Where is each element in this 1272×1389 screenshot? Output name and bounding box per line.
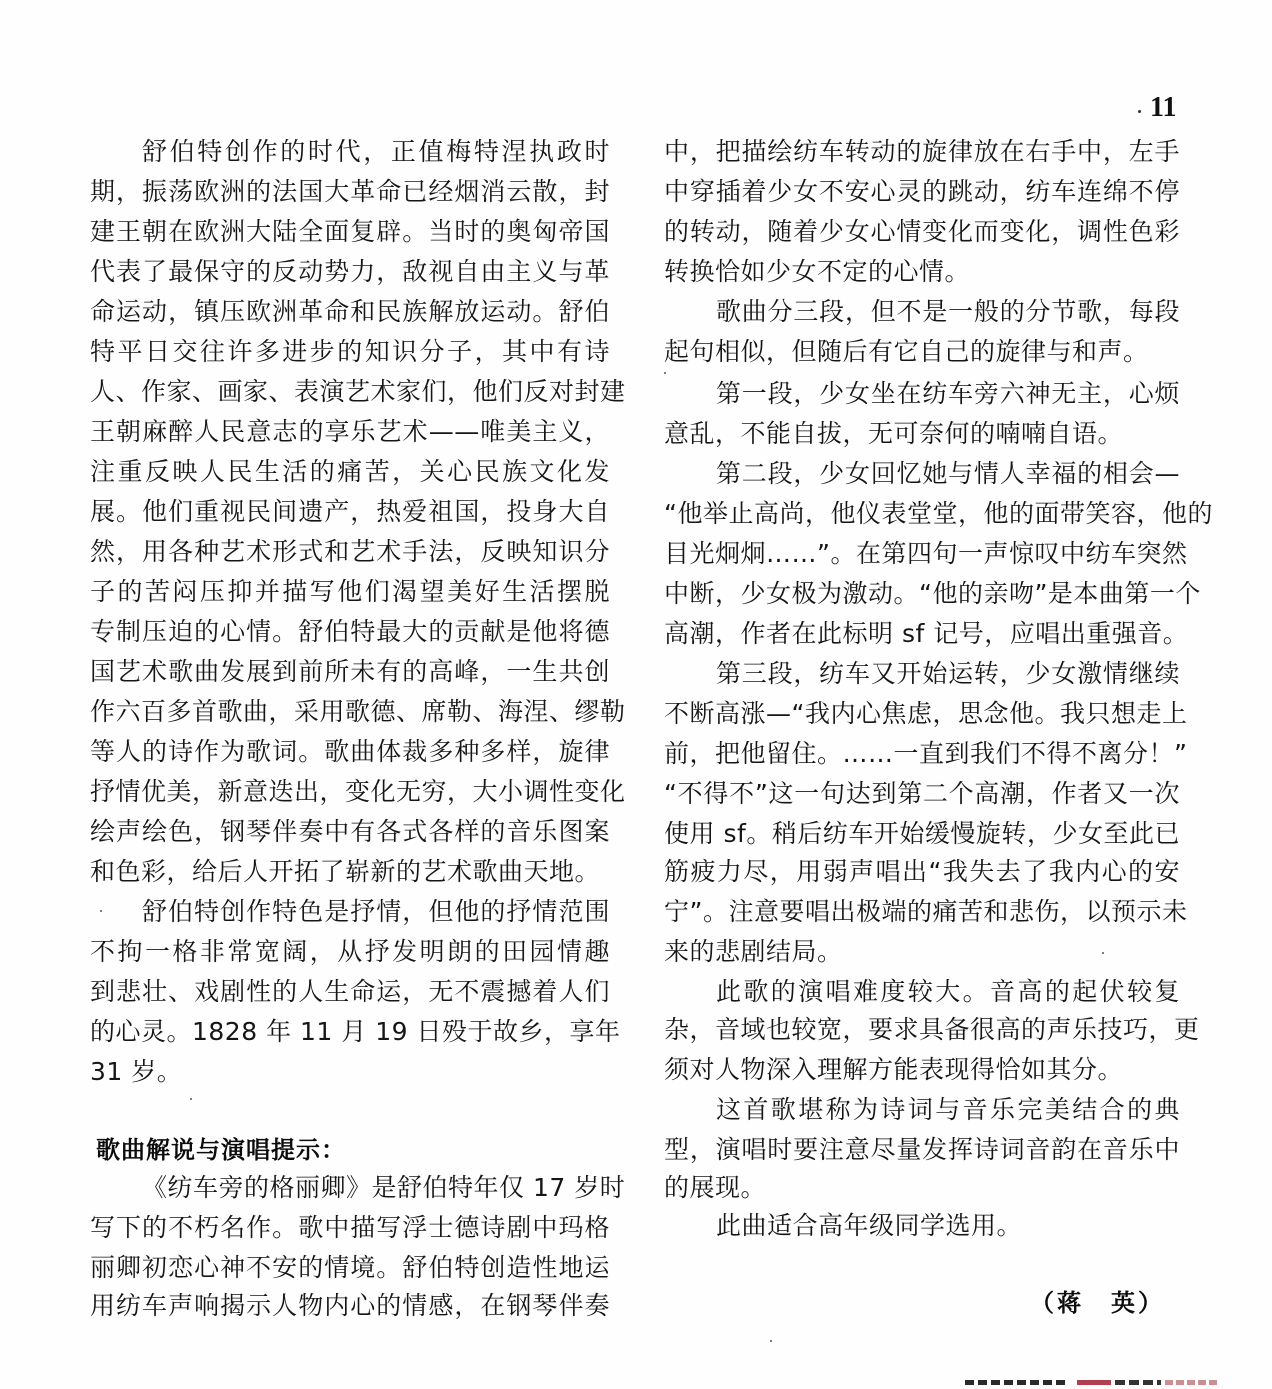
scan-speck <box>190 1098 192 1100</box>
text-line: 这首歌堪称为诗词与音乐完美结合的典 <box>716 1090 1180 1130</box>
scan-speck <box>100 910 102 912</box>
text-line: 等人的诗作为歌词。歌曲体裁多种多样，旋律 <box>90 732 610 772</box>
document-page: 11 舒伯特创作的时代，正值梅特涅执政时 期，振荡欧洲的法国大革命已经烟消云散，… <box>0 0 1272 1389</box>
text-line: 杂，音域也较宽，要求具备很高的声乐技巧，更 <box>664 1010 1180 1050</box>
text-line: 第二段，少女回忆她与情人幸福的相会— <box>716 454 1180 494</box>
text-line: 特平日交往许多进步的知识分子，其中有诗 <box>90 332 610 372</box>
text-line: 前，把他留住。……一直到我们不得不离分！” <box>664 734 1180 774</box>
page-number-dot <box>1138 110 1141 113</box>
text-line: 舒伯特创作的时代，正值梅特涅执政时 <box>142 132 610 172</box>
text-line: 《纺车旁的格丽卿》是舒伯特年仅 17 岁时 <box>142 1168 610 1208</box>
text-line: 专制压迫的心情。舒伯特最大的贡献是他将德 <box>90 612 610 652</box>
watermark-pink-segment <box>1165 1380 1217 1385</box>
text-line: 代表了最保守的反动势力，敌视自由主义与革 <box>90 252 610 292</box>
text-line: 注重反映人民生活的痛苦，关心民族文化发 <box>90 452 610 492</box>
text-line: 展。他们重视民间遗产，热爱祖国，投身大自 <box>90 492 610 532</box>
text-line: 不断高涨—“我内心焦虑，思念他。我只想走上 <box>664 694 1180 734</box>
text-line: 王朝麻醉人民意志的享乐艺术——唯美主义， <box>90 412 610 452</box>
text-line: 用纺车声响揭示人物内心的情感，在钢琴伴奏 <box>90 1286 610 1326</box>
text-line: 绘声绘色，钢琴伴奏中有各式各样的音乐图案 <box>90 812 610 852</box>
text-line: 此曲适合高年级同学选用。 <box>716 1206 1180 1246</box>
text-line: 中，把描绘纺车转动的旋律放在右手中，左手 <box>664 132 1180 172</box>
text-line: 国艺术歌曲发展到前所未有的高峰，一生共创 <box>90 652 610 692</box>
text-line: “他举止高尚，他仪表堂堂，他的面带笑容，他的 <box>664 494 1180 534</box>
text-line: 目光炯炯……”。在第四句一声惊叹中纺车突然 <box>664 534 1180 574</box>
text-line: 意乱，不能自拔，无可奈何的喃喃自语。 <box>664 414 1180 454</box>
text-line: 抒情优美，新意迭出，变化无穷，大小调性变化 <box>90 772 610 812</box>
page-number: 11 <box>1150 90 1176 126</box>
text-line: 的转动，随着少女心情变化而变化，调性色彩 <box>664 212 1180 252</box>
scan-speck <box>770 1340 772 1342</box>
text-line: 子的苦闷压抑并描写他们渴望美好生活摆脱 <box>90 572 610 612</box>
text-line: 起句相似，但随后有它自己的旋律与和声。 <box>664 332 1180 372</box>
text-line: 到悲壮、戏剧性的人生命运，无不震撼着人们 <box>90 972 610 1012</box>
text-line: 中断，少女极为激动。“他的亲吻”是本曲第一个 <box>664 574 1180 614</box>
text-line: 期，振荡欧洲的法国大革命已经烟消云散，封 <box>90 172 610 212</box>
text-line: 31 岁。 <box>90 1052 610 1092</box>
watermark-strip <box>965 1376 1265 1389</box>
text-line: 高潮，作者在此标明 sf 记号，应唱出重强音。 <box>664 614 1180 654</box>
text-line: 建王朝在欧洲大陆全面复辟。当时的奥匈帝国 <box>90 212 610 252</box>
text-line: 使用 sf。稍后纺车开始缓慢旋转，少女至此已 <box>664 814 1180 854</box>
text-line: 转换恰如少女不定的心情。 <box>664 252 1180 292</box>
text-line: 丽卿初恋心神不安的情境。舒伯特创造性地运 <box>90 1248 610 1288</box>
text-line: 作六百多首歌曲，采用歌德、席勒、海涅、缪勒 <box>90 692 610 732</box>
text-line: 须对人物深入理解方能表现得恰如其分。 <box>664 1050 1180 1090</box>
text-line: 宁”。注意要唱出极端的痛苦和悲伤，以预示未 <box>664 892 1180 932</box>
text-line: 歌曲分三段，但不是一般的分节歌，每段 <box>716 292 1180 332</box>
text-line: “不得不”这一句达到第二个高潮，作者又一次 <box>664 774 1180 814</box>
text-line: 然，用各种艺术形式和艺术手法，反映知识分 <box>90 532 610 572</box>
text-line: 中穿插着少女不安心灵的跳动，纺车连绵不停 <box>664 172 1180 212</box>
text-line: 的心灵。1828 年 11 月 19 日殁于故乡，享年 <box>90 1012 610 1052</box>
text-line: 舒伯特创作特色是抒情，但他的抒情范围 <box>142 892 610 932</box>
watermark-dark-segment <box>1115 1380 1161 1385</box>
scan-speck <box>1102 952 1104 954</box>
section-heading: 歌曲解说与演唱提示： <box>96 1130 346 1170</box>
text-line: 写下的不朽名作。歌中描写浮士德诗剧中玛格 <box>90 1208 610 1248</box>
scan-speck <box>664 372 666 374</box>
text-line: 不拘一格非常宽阔，从抒发明朗的田园情趣 <box>90 932 610 972</box>
text-line: 命运动，镇压欧洲革命和民族解放运动。舒伯 <box>90 292 610 332</box>
text-line: 和色彩，给后人开拓了崭新的艺术歌曲天地。 <box>90 852 610 892</box>
text-line: 人、作家、画家、表演艺术家们，他们反对封建 <box>90 372 610 412</box>
text-line: 第一段，少女坐在纺车旁六神无主，心烦 <box>716 374 1180 414</box>
watermark-dark-segment <box>965 1380 1065 1385</box>
text-line: 型，演唱时要注意尽量发挥诗词音韵在音乐中 <box>664 1130 1180 1170</box>
author-signature: （蒋 英） <box>1030 1283 1165 1323</box>
text-line: 此歌的演唱难度较大。音高的起伏较复 <box>716 972 1180 1012</box>
watermark-red-segment <box>1077 1380 1111 1385</box>
text-line: 筋疲力尽，用弱声唱出“我失去了我内心的安 <box>664 852 1180 892</box>
text-line: 第三段，纺车又开始运转，少女激情继续 <box>716 654 1180 694</box>
text-line: 的展现。 <box>664 1168 1180 1208</box>
